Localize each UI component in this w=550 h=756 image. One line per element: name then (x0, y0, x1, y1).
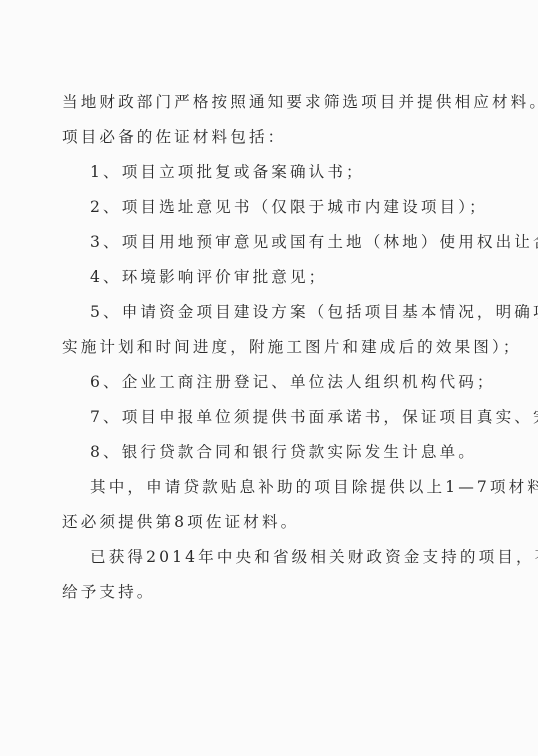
list-item-5: 5、申请资金项目建设方案（包括项目基本情况，明确项目 (90, 302, 550, 322)
list-item-8: 8、银行贷款合同和银行贷款实际发生计息单。 (90, 442, 477, 462)
list-item-2: 2、项目选址意见书（仅限于城市内建设项目）； (90, 197, 488, 217)
paragraph-line: 项目必备的佐证材料包括： (62, 127, 286, 147)
scan-edge (538, 0, 550, 756)
paragraph-line: 还必须提供第8项佐证材料。 (62, 512, 299, 532)
paragraph-line: 其中，申请贷款贴息补助的项目除提供以上1—7项材料外， (90, 477, 550, 497)
list-item-1: 1、项目立项批复或备案确认书； (90, 162, 365, 182)
list-item-6: 6、企业工商注册登记、单位法人组织机构代码； (90, 372, 496, 392)
list-item-3: 3、项目用地预审意见或国有土地（林地）使用权出让合同； (90, 232, 550, 252)
document-page: 当地财政部门严格按照通知要求筛选项目并提供相应材料。申报 项目必备的佐证材料包括… (0, 0, 538, 756)
paragraph-line: 给予支持。 (62, 582, 155, 602)
list-item-5-continued: 实施计划和时间进度，附施工图片和建成后的效果图）； (62, 337, 522, 357)
list-item-7: 7、项目申报单位须提供书面承诺书，保证项目真实、完整。 (90, 407, 550, 427)
paragraph-line: 当地财政部门严格按照通知要求筛选项目并提供相应材料。申报 (62, 92, 550, 112)
paragraph-line: 已获得2014年中央和省级相关财政资金支持的项目，不再 (90, 547, 550, 567)
list-item-4: 4、环境影响评价审批意见； (90, 267, 327, 287)
